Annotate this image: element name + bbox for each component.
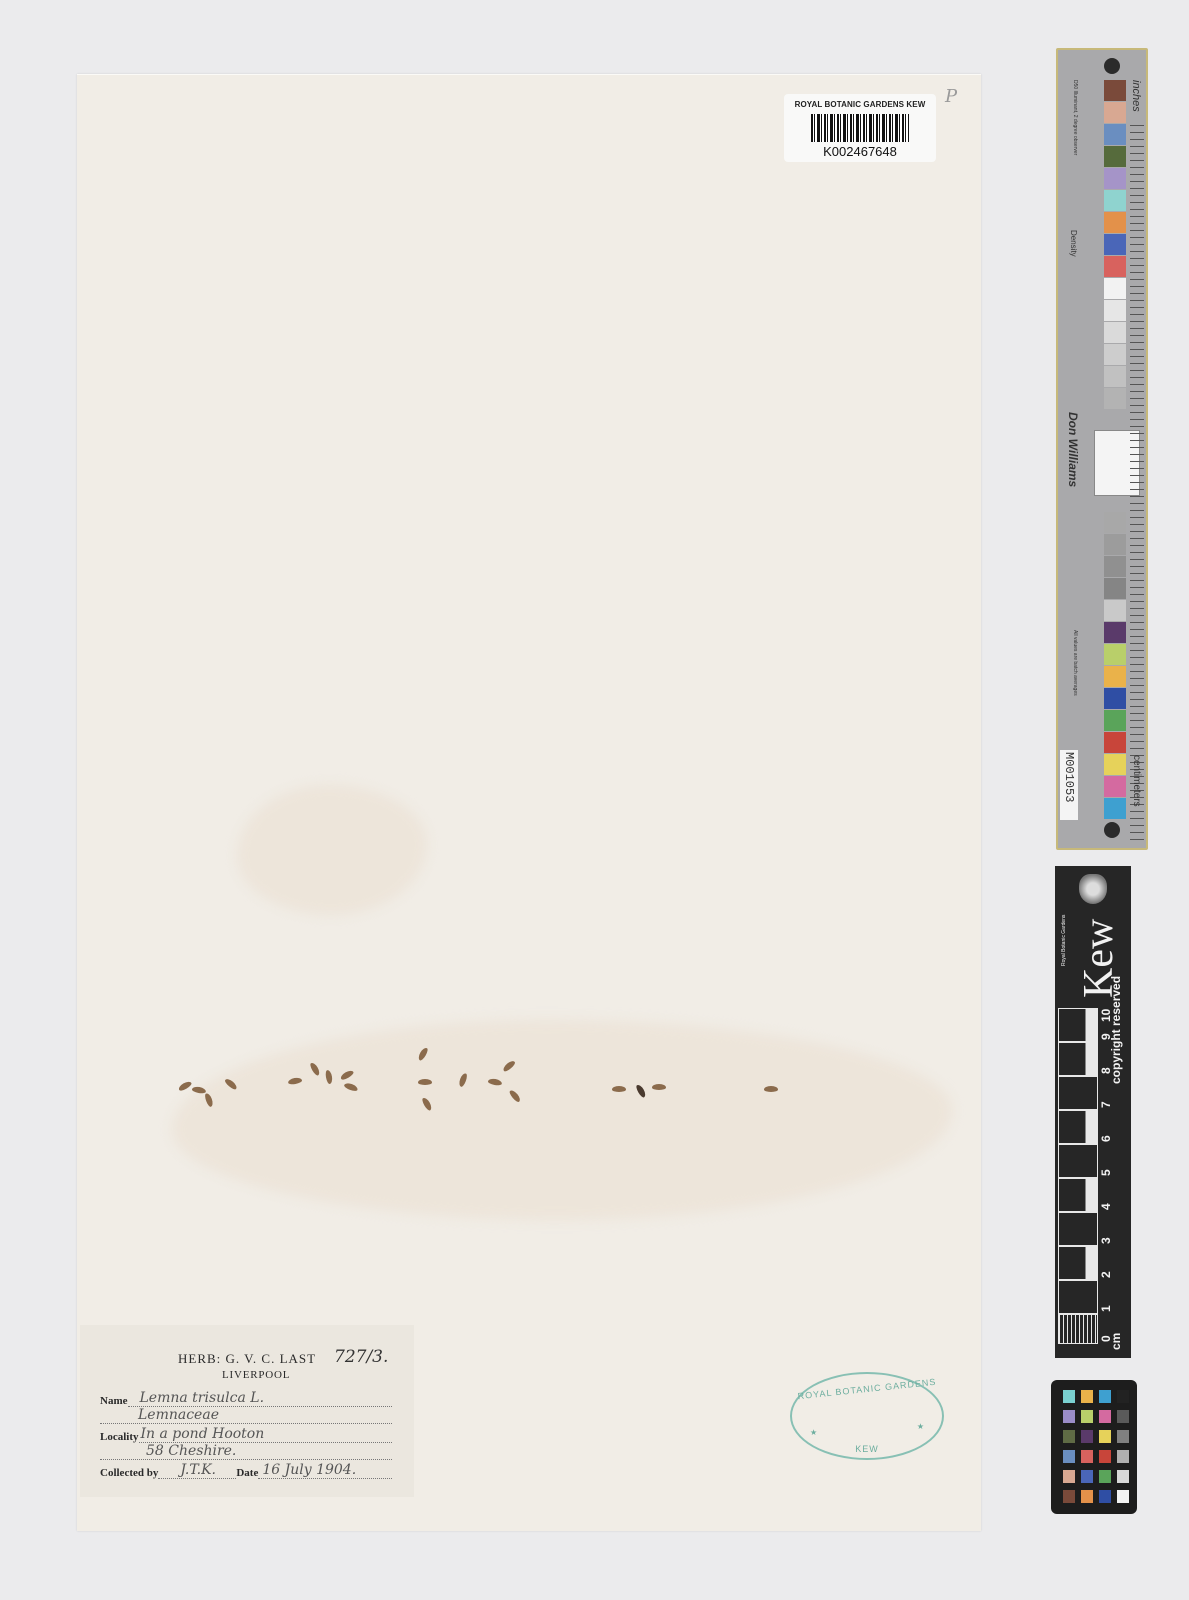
tick-5: 5 bbox=[1099, 1169, 1113, 1176]
color-calibration-bar: inches centimeters D50 Illuminant, 2 deg… bbox=[1056, 48, 1148, 850]
collection-row: Collected by J.T.K. Date 16 July 1904. bbox=[100, 1467, 392, 1479]
herbarium-city: LIVERPOOL bbox=[222, 1369, 290, 1381]
tick-4: 4 bbox=[1099, 1203, 1113, 1210]
barcode bbox=[811, 114, 909, 142]
locality-label: Locality bbox=[100, 1431, 139, 1443]
specimen-plant-3 bbox=[412, 1045, 532, 1120]
kew-scale-bar: Kew Royal Botanic Gardens copyright rese… bbox=[1055, 866, 1131, 1358]
water-stain bbox=[237, 785, 427, 915]
star-icon: ★ bbox=[917, 1422, 924, 1431]
accession-number: 727/3. bbox=[334, 1347, 388, 1367]
color-patches-bottom bbox=[1104, 512, 1126, 820]
locality-value: In a pond Hooton bbox=[141, 1426, 265, 1442]
locality-value-2: 58 Cheshire. bbox=[146, 1443, 236, 1459]
color-checker bbox=[1051, 1380, 1137, 1514]
institution-name: ROYAL BOTANIC GARDENS KEW bbox=[784, 100, 936, 109]
id-label: M001053 bbox=[1062, 752, 1076, 802]
name-label: Name bbox=[100, 1395, 128, 1407]
water-stain bbox=[172, 1020, 952, 1220]
tick-8: 8 bbox=[1099, 1067, 1113, 1074]
kew-crest-icon bbox=[1079, 874, 1107, 904]
brand-label: Don Williams bbox=[1066, 412, 1080, 487]
illuminant-note: D50 Illuminant, 2 degree observer bbox=[1072, 80, 1078, 155]
specimen-plant-2 bbox=[288, 1062, 368, 1107]
tick-0: 0 bbox=[1099, 1335, 1113, 1342]
inches-label: inches bbox=[1130, 80, 1142, 112]
locality-row-2: 58 Cheshire. bbox=[100, 1449, 392, 1460]
stamp-bottom-text: KEW bbox=[792, 1444, 942, 1454]
tick-3: 3 bbox=[1099, 1237, 1113, 1244]
collector-label: HERB: G. V. C. LAST 727/3. LIVERPOOL Nam… bbox=[80, 1325, 414, 1497]
family-value: Lemnaceae bbox=[138, 1407, 219, 1423]
density-label: Density bbox=[1069, 230, 1078, 257]
star-icon: ★ bbox=[810, 1428, 817, 1437]
tick-6: 6 bbox=[1099, 1135, 1113, 1142]
family-row: Lemnaceae bbox=[100, 1413, 392, 1424]
tick-2: 2 bbox=[1099, 1271, 1113, 1278]
color-patches-top bbox=[1104, 80, 1126, 410]
kew-stamp: ROYAL BOTANIC GARDENS ★ ★ KEW bbox=[790, 1372, 944, 1460]
name-value: Lemna trisulca L. bbox=[140, 1390, 265, 1406]
name-row: Name Lemna trisulca L. bbox=[100, 1395, 392, 1407]
specimen-plant-4 bbox=[612, 1082, 672, 1102]
herbarium-name: HERB: G. V. C. LAST bbox=[178, 1351, 316, 1367]
collected-by-label: Collected by bbox=[100, 1467, 158, 1479]
ruler-scale bbox=[1130, 120, 1144, 840]
date-value: 16 July 1904. bbox=[262, 1462, 356, 1478]
averages-note: All values are batch averages bbox=[1072, 630, 1078, 696]
tick-1: 1 bbox=[1099, 1305, 1113, 1312]
tick-7: 7 bbox=[1099, 1101, 1113, 1108]
tick-10: 10 bbox=[1099, 1009, 1113, 1022]
tick-9: 9 bbox=[1099, 1033, 1113, 1040]
barcode-number: K002467648 bbox=[784, 144, 936, 159]
barcode-label: ROYAL BOTANIC GARDENS KEW K002467648 bbox=[784, 94, 936, 162]
mount-hole bbox=[1104, 58, 1120, 74]
centimeter-scale bbox=[1058, 1008, 1098, 1344]
date-label: Date bbox=[236, 1467, 258, 1479]
locality-row: Locality In a pond Hooton bbox=[100, 1431, 392, 1443]
specimen-plant-1 bbox=[178, 1075, 258, 1115]
specimen-plant-5 bbox=[764, 1084, 784, 1098]
herbarium-sheet bbox=[77, 74, 981, 1531]
centimeters-label: centimeters bbox=[1131, 755, 1142, 807]
pencil-mark: P bbox=[945, 86, 957, 107]
collected-by-value: J.T.K. bbox=[180, 1462, 216, 1478]
kew-subtitle: Royal Botanic Gardens bbox=[1061, 915, 1067, 966]
mount-hole bbox=[1104, 822, 1120, 838]
